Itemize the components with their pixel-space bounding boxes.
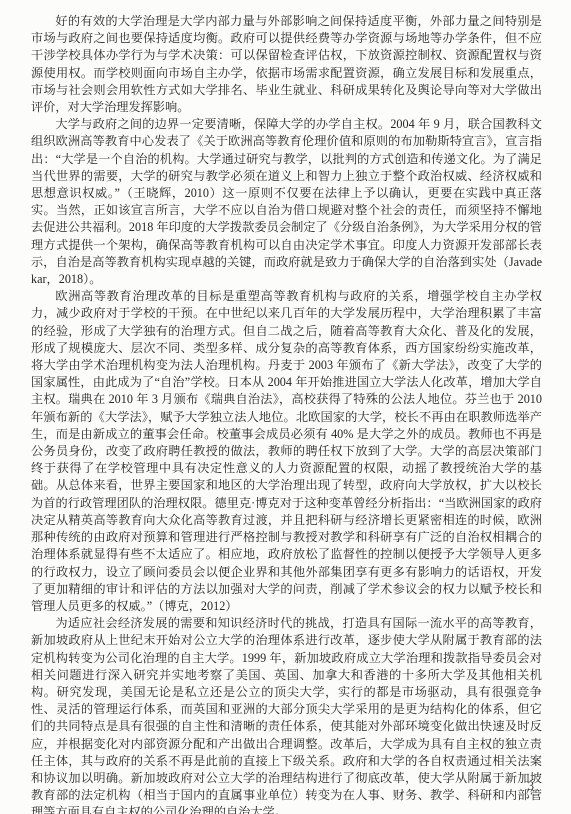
document-page: 好的有效的大学治理是大学内部力量与外部影响之间保持适度平衡，外部力量之间特别是市… xyxy=(0,0,571,814)
body-text: 好的有效的大学治理是大学内部力量与外部影响之间保持适度平衡，外部力量之间特别是市… xyxy=(31,13,542,814)
paragraph-1: 好的有效的大学治理是大学内部力量与外部影响之间保持适度平衡，外部力量之间特别是市… xyxy=(31,13,542,116)
paragraph-2: 大学与政府之间的边界一定要清晰，保障大学的办学自主权。2004 年 9 月，联合… xyxy=(31,116,542,288)
paragraph-3: 欧洲高等教育治理改革的目标是重塑高等教育机构与政府的关系，增强学校自主办学权力，… xyxy=(31,288,542,615)
page-number: 3 xyxy=(528,779,534,794)
paragraph-4: 为适应社会经济发展的需要和知识经济时代的挑战，打造具有国际一流水平的高等教育，新… xyxy=(31,615,542,814)
